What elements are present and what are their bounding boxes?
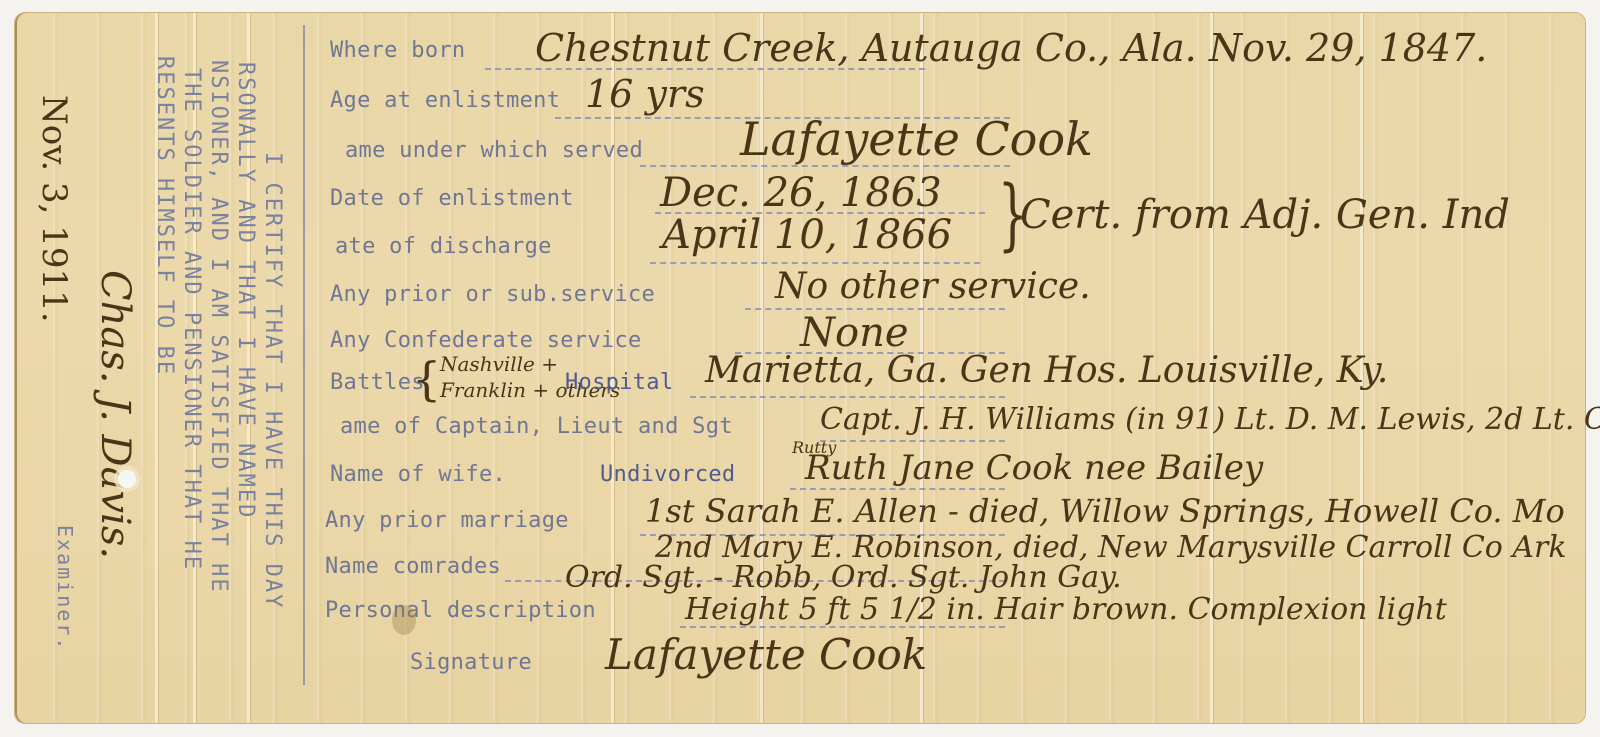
label-date-enlistment: Date of enlistment bbox=[330, 186, 574, 211]
label-wife: Name of wife. bbox=[330, 462, 506, 487]
examiner-signature: Chas. J. Davis. bbox=[92, 270, 138, 559]
margin-rule bbox=[303, 25, 305, 685]
value-comrades: Ord. Sgt. - Robb, Ord. Sgt. John Gay. bbox=[565, 560, 1122, 595]
label-undivorced: Undivorced bbox=[600, 462, 735, 487]
value-name-served: Lafayette Cook bbox=[740, 112, 1093, 166]
certification-line-5: RESENTS HIMSELF TO BE bbox=[152, 56, 177, 376]
value-age: 16 yrs bbox=[585, 72, 705, 116]
value-personal-description: Height 5 ft 5 1/2 in. Hair brown. Comple… bbox=[685, 592, 1447, 627]
battles-brace: { bbox=[412, 352, 441, 406]
label-confederate-service: Any Confederate service bbox=[330, 328, 642, 353]
certification-line-1: I CERTIFY THAT I HAVE THIS DAY bbox=[260, 152, 285, 609]
certification-line-2: RSONALLY AND THAT I HAVE NAMED bbox=[233, 62, 258, 519]
value-signature: Lafayette Cook bbox=[605, 630, 927, 679]
label-signature: Signature bbox=[410, 650, 532, 675]
label-battles: Battles bbox=[330, 370, 425, 395]
examiner-label: Examiner. bbox=[53, 525, 77, 651]
label-where-born: Where born bbox=[330, 38, 465, 63]
value-prior-marriage: 1st Sarah E. Allen - died, Willow Spring… bbox=[645, 492, 1565, 530]
certification-line-3: NSIONER, AND I AM SATISFIED THAT HE bbox=[206, 60, 231, 594]
fold-crease bbox=[611, 13, 614, 723]
certification-line-4: THE SOLDIER AND PENSIONER THAT HE bbox=[179, 68, 204, 571]
field-rule bbox=[650, 262, 980, 264]
field-rule bbox=[790, 488, 1005, 490]
label-comrades: Name comrades bbox=[325, 554, 501, 579]
label-prior-service: Any prior or sub.service bbox=[330, 282, 655, 307]
label-personal-description: Personal description bbox=[325, 598, 596, 623]
label-age-at-enlistment: Age at enlistment bbox=[330, 88, 560, 113]
label-prior-marriage: Any prior marriage bbox=[325, 508, 569, 533]
value-officers: Capt. J. H. Williams (in 91) Lt. D. M. L… bbox=[820, 402, 1600, 437]
value-battles: Marietta, Ga. Gen Hos. Louisville, Ky. bbox=[705, 350, 1388, 391]
label-officers: ame of Captain, Lieut and Sgt bbox=[340, 414, 733, 439]
punch-hole bbox=[118, 470, 136, 488]
bracket-note: Cert. from Adj. Gen. Ind bbox=[1020, 192, 1510, 238]
battles-note-1: Nashville + bbox=[440, 352, 558, 376]
label-hospital: Hospital bbox=[565, 370, 673, 395]
exam-date: Nov. 3, 1911. bbox=[34, 95, 74, 323]
field-rule bbox=[690, 396, 1005, 398]
value-prior-service: No other service. bbox=[775, 266, 1091, 307]
value-date-enlistment: Dec. 26, 1863 bbox=[660, 170, 942, 216]
ink-stain bbox=[392, 605, 416, 635]
label-name-served: ame under which served bbox=[345, 138, 643, 163]
label-date-discharge: ate of discharge bbox=[335, 234, 552, 259]
field-rule bbox=[820, 440, 1005, 442]
value-where-born: Chestnut Creek, Autauga Co., Ala. Nov. 2… bbox=[535, 26, 1487, 70]
value-wife: Ruth Jane Cook nee Bailey bbox=[805, 448, 1263, 488]
value-date-discharge: April 10, 1866 bbox=[662, 212, 952, 258]
